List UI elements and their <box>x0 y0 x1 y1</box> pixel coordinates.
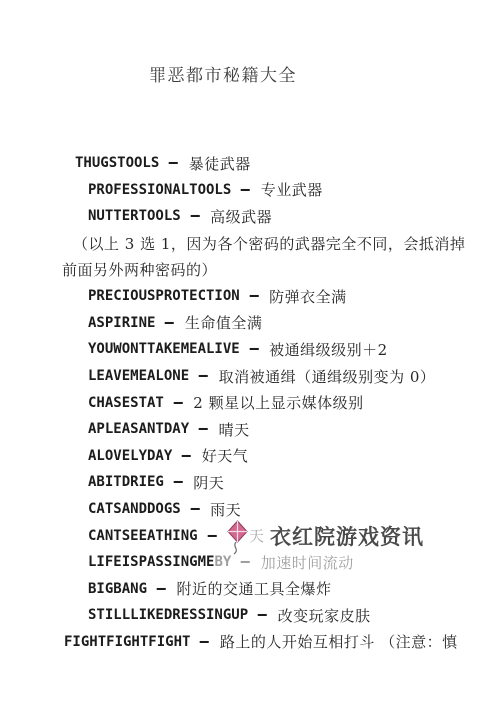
cheat-code: CATSANDDOGS <box>88 501 181 517</box>
separator-dash: - <box>245 288 263 304</box>
note-line: （以上 3 选 1，因为各个密码的武器完全不同，会抵消掉 <box>0 230 500 257</box>
separator-dash: - <box>203 528 221 544</box>
cheat-line: FIGHTFIGHTFIGHT - 路上的人开始互相打斗 （注意：慎 <box>0 629 500 656</box>
separator-dash: - <box>169 474 187 490</box>
separator-dash: - <box>237 182 255 198</box>
separator-dash: - <box>169 395 187 411</box>
cheat-description: 阴天 <box>193 472 224 493</box>
cheat-code: CANTSEEATHING <box>88 528 198 544</box>
cheat-description: 防弹衣全满 <box>269 286 347 307</box>
cheat-description: 专业武器 <box>261 179 323 200</box>
cheat-description: 路上的人开始互相打斗 （注意：慎 <box>220 631 458 652</box>
cheat-code: APLEASANTDAY <box>88 421 189 437</box>
separator-dash: - <box>195 368 213 384</box>
cheat-code: LEAVEMEALONE <box>88 368 189 384</box>
cheat-line: ALOVELYDAY - 好天气 <box>0 443 500 470</box>
cheat-description: 高级武器 <box>210 206 272 227</box>
cheat-description: 2 颗星以上显示媒体级别 <box>193 392 363 413</box>
cheat-description: 晴天 <box>219 419 250 440</box>
cheat-line-with-watermark: CANTSEEATHING - 天 衣红院游戏资讯 <box>0 522 500 549</box>
site-watermark: 天 衣红院游戏资讯 <box>227 516 424 556</box>
cheat-code: YOUWONTTAKEMEALIVE <box>88 341 240 357</box>
separator-dash: - <box>195 421 213 437</box>
cheat-line: LEAVEMEALONE - 取消被通缉（通缉级别变为 0） <box>0 363 500 390</box>
cheat-line: APLEASANTDAY - 晴天 <box>0 416 500 443</box>
cheat-code: STILLLIKEDRESSINGUP <box>88 607 248 623</box>
faint-weather-char: 天 <box>249 525 264 546</box>
separator-dash: - <box>186 501 204 517</box>
cheat-list: THUGSTOOLS - 暴徒武器 PROFESSIONALTOOLS - 专业… <box>0 150 500 655</box>
cheat-code: ALOVELYDAY <box>88 448 172 464</box>
separator-dash: - <box>165 155 183 171</box>
cheat-code: CHASESTAT <box>88 395 164 411</box>
cheat-line: YOUWONTTAKEMEALIVE - 被通缉级级别＋2 <box>0 336 500 363</box>
cheat-line: BIGBANG - 附近的交通工具全爆炸 <box>0 576 500 603</box>
cheat-description: 被通缉级级别＋2 <box>269 339 388 360</box>
cheat-line: THUGSTOOLS - 暴徒武器 <box>0 150 500 177</box>
cheat-line: CHASESTAT - 2 颗星以上显示媒体级别 <box>0 389 500 416</box>
cheat-line: ABITDRIEG - 阴天 <box>0 469 500 496</box>
cheat-code: ABITDRIEG <box>88 474 164 490</box>
cheat-line: ASPIRINE - 生命值全满 <box>0 310 500 337</box>
cheat-description: 改变玩家皮肤 <box>278 605 371 626</box>
separator-dash: - <box>237 554 255 570</box>
cheat-code: LIFEISPASSINGME <box>88 554 214 570</box>
note-text: （以上 3 选 1，因为各个密码的武器完全不同，会抵消掉 <box>73 233 465 254</box>
separator-dash: - <box>254 607 272 623</box>
separator-dash: - <box>161 315 179 331</box>
separator-dash: - <box>196 634 214 650</box>
cheat-code: BIGBANG <box>88 581 147 597</box>
cheat-line: PRECIOUSPROTECTION - 防弹衣全满 <box>0 283 500 310</box>
watermark-site-text: 衣红院游戏资讯 <box>270 521 424 551</box>
page-title: 罪恶都市秘籍大全 <box>149 61 297 86</box>
cheat-code: PROFESSIONALTOOLS <box>88 182 231 198</box>
note-text: 前面另外两种密码的） <box>62 259 217 280</box>
cheat-description-faded: 加速时间流动 <box>261 552 354 573</box>
cheat-code: ASPIRINE <box>88 315 155 331</box>
cheat-description: 生命值全满 <box>185 312 263 333</box>
cheat-description: 好天气 <box>202 445 249 466</box>
document-page: 罪恶都市秘籍大全 THUGSTOOLS - 暴徒武器 PROFESSIONALT… <box>0 0 500 707</box>
separator-dash: - <box>245 341 263 357</box>
cheat-line: STILLLIKEDRESSINGUP - 改变玩家皮肤 <box>0 602 500 629</box>
separator-dash: - <box>152 581 170 597</box>
cheat-description: 附近的交通工具全爆炸 <box>176 578 331 599</box>
cheat-code: FIGHTFIGHTFIGHT <box>64 634 190 650</box>
cheat-code: THUGSTOOLS <box>75 155 159 171</box>
cheat-line: NUTTERTOOLS - 高级武器 <box>0 203 500 230</box>
separator-dash: - <box>178 448 196 464</box>
cheat-code: NUTTERTOOLS <box>88 208 181 224</box>
separator-dash: - <box>186 208 204 224</box>
cheat-code: PRECIOUSPROTECTION <box>88 288 240 304</box>
note-line: 前面另外两种密码的） <box>0 256 500 283</box>
cheat-description: 暴徒武器 <box>189 153 251 174</box>
cheat-description: 取消被通缉（通缉级别变为 0） <box>219 366 436 387</box>
cheat-line: PROFESSIONALTOOLS - 专业武器 <box>0 177 500 204</box>
